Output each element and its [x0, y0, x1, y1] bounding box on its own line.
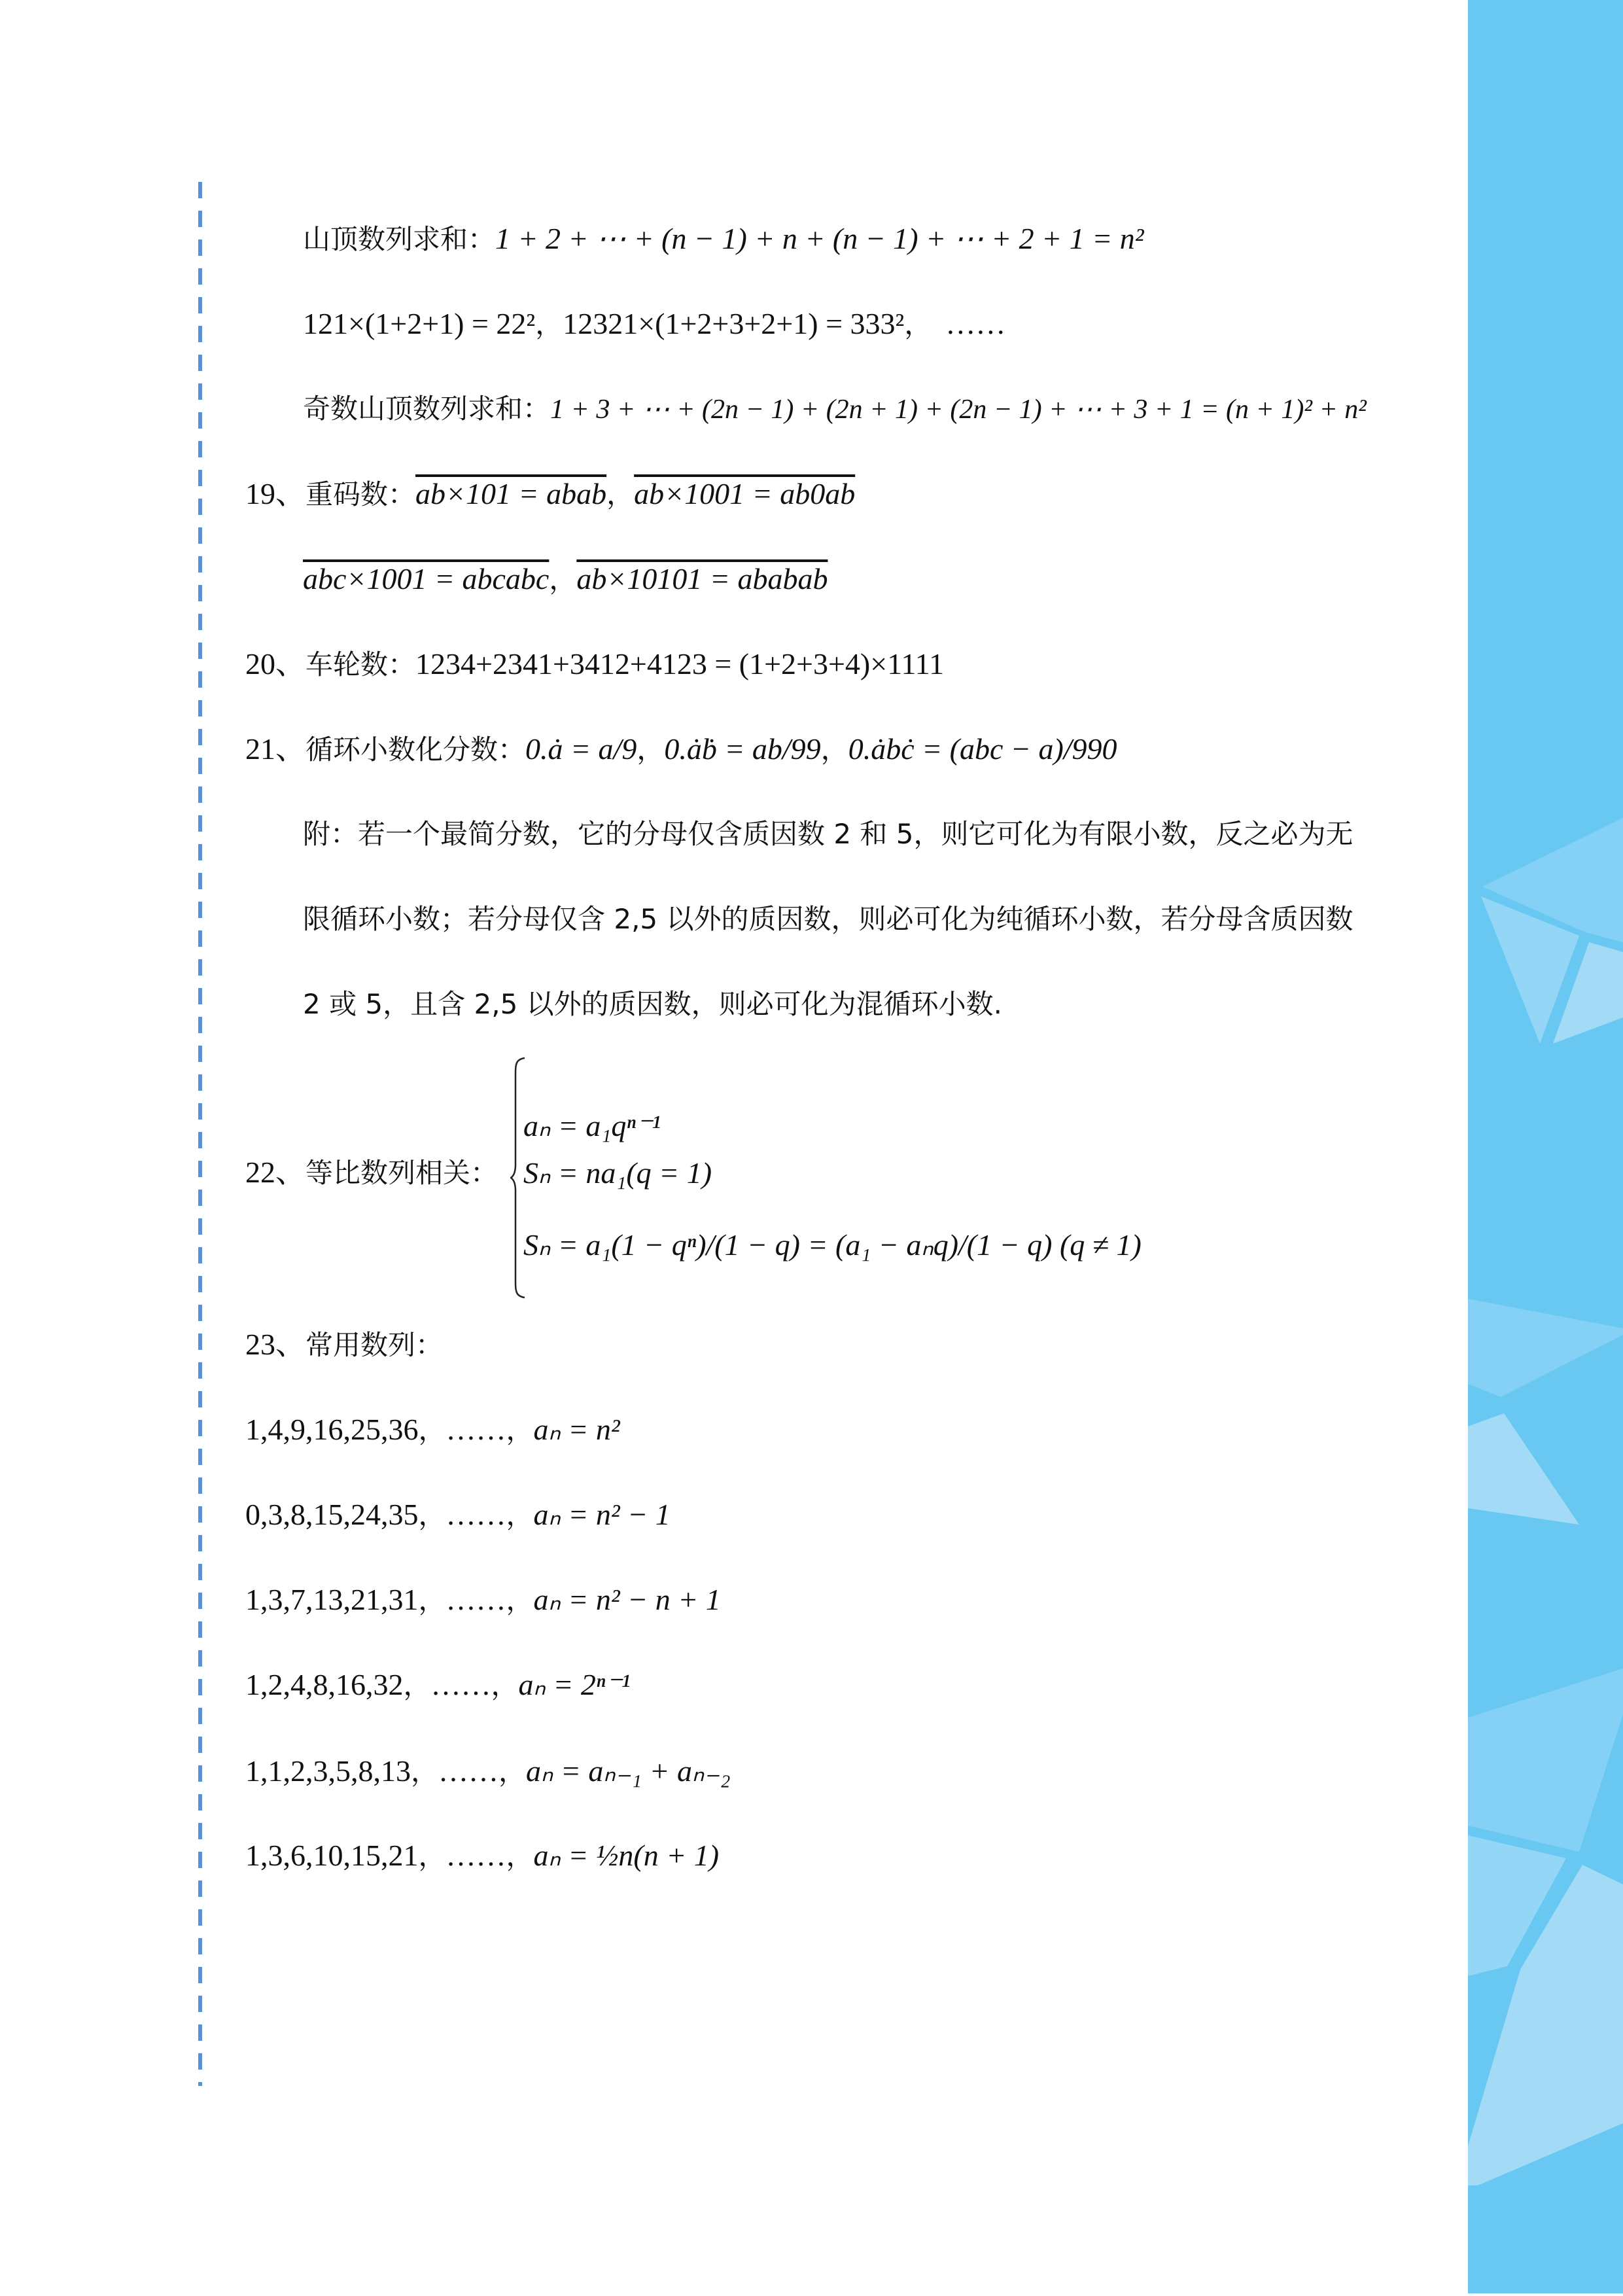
odd-mountain-sum-line: 奇数山顶数列求和：1 + 3 + ⋯ + (2n − 1) + (2n + 1)… — [303, 389, 1367, 429]
wheel-number-formula: 1234+2341+3412+4123 = (1+2+3+4)×1111 — [415, 647, 944, 680]
repeat-formula-2: ab×1001 = ab0ab — [634, 477, 855, 510]
item-20: 20、车轮数：1234+2341+3412+4123 = (1+2+3+4)×1… — [245, 645, 944, 684]
decimal-formula-2: 0.ȧḃ = ab/99 — [664, 732, 820, 766]
item-20-label: 车轮数： — [305, 648, 415, 680]
ellipsis: …… — [945, 307, 1005, 340]
sequence-row: 1,4,9,16,25,36，……，aₙ = n² — [245, 1410, 620, 1449]
sequence-formula: aₙ = 2ⁿ⁻¹ — [519, 1668, 631, 1701]
item-22-label: 等比数列相关： — [305, 1157, 498, 1189]
formula-sn-general: Sₙ = a₁(1 − qⁿ)/(1 − q) = (a₁ − aₙq)/(1 … — [523, 1227, 1142, 1262]
repeat-formula-1: ab×101 = abab — [415, 477, 606, 510]
sequence-formula: aₙ = n² — [534, 1413, 620, 1446]
item-19: 19、重码数：ab×101 = abab，ab×1001 = ab0ab — [245, 474, 855, 514]
item-23-label: 常用数列： — [305, 1329, 443, 1361]
sequence-row: 1,2,4,8,16,32，……，aₙ = 2ⁿ⁻¹ — [245, 1665, 630, 1704]
item-21: 21、循环小数化分数：0.ȧ = a/9，0.ȧḃ = ab/99，0.ȧbċ … — [245, 730, 1117, 769]
sequence-formula: aₙ = n² − n + 1 — [534, 1583, 721, 1616]
item-19-label: 重码数： — [305, 478, 415, 510]
odd-mountain-formula: 1 + 3 + ⋯ + (2n − 1) + (2n + 1) + (2n − … — [550, 395, 1367, 425]
mountain-sum-formula: 1 + 2 + ⋯ + (n − 1) + n + (n − 1) + ⋯ + … — [495, 222, 1144, 255]
mountain-example-1: 121×(1+2+1) = 22² — [303, 307, 535, 340]
sequence-row: 1,3,6,10,15,21，……，aₙ = ½n(n + 1) — [245, 1836, 719, 1875]
item-23: 23、常用数列： — [245, 1325, 443, 1364]
decimal-formula-1: 0.ȧ = a/9 — [525, 732, 637, 766]
item-22: 22、等比数列相关： — [245, 1153, 498, 1192]
mountain-examples-line: 121×(1+2+1) = 22²，12321×(1+2+3+2+1) = 33… — [303, 304, 1005, 344]
note-line-2: 限循环小数；若分母仅含 2,5 以外的质因数，则必可化为纯循环小数，若分母含质因… — [303, 900, 1353, 939]
item-19-cont: abc×1001 = abcabc，ab×10101 = ababab — [303, 559, 828, 599]
mountain-example-2: 12321×(1+2+3+2+1) = 333² — [563, 307, 904, 340]
sequence-formula: aₙ = ½n(n + 1) — [534, 1839, 720, 1872]
repeat-formula-3: abc×1001 = abcabc — [303, 562, 549, 595]
geometric-pattern-icon — [1468, 0, 1623, 2293]
sequence-row: 0,3,8,15,24,35，……，aₙ = n² − 1 — [245, 1495, 671, 1534]
sequence-row: 1,1,2,3,5,8,13，……，aₙ = aₙ₋₁ + aₙ₋₂ — [245, 1752, 731, 1791]
mountain-sum-line: 山顶数列求和：1 + 2 + ⋯ + (n − 1) + n + (n − 1)… — [303, 219, 1144, 258]
dashed-margin-line — [198, 182, 202, 2086]
repeat-formula-4: ab×10101 = ababab — [576, 562, 828, 595]
decimal-formula-3: 0.ȧbċ = (abc − a)/990 — [848, 732, 1117, 766]
formula-an: aₙ = a₁qⁿ⁻¹ — [523, 1108, 661, 1143]
odd-mountain-label: 奇数山顶数列求和： — [303, 393, 550, 425]
formula-sn-q1: Sₙ = na₁(q = 1) — [523, 1155, 712, 1190]
sequence-formula: aₙ = n² − 1 — [534, 1498, 671, 1531]
item-21-label: 循环小数化分数： — [305, 733, 525, 766]
note-line-1: 附：若一个最简分数，它的分母仅含质因数 2 和 5，则它可化为有限小数，反之必为… — [303, 815, 1353, 854]
sequence-row: 1,3,7,13,21,31，……，aₙ = n² − n + 1 — [245, 1580, 721, 1619]
mountain-sum-label: 山顶数列求和： — [303, 223, 495, 255]
decorative-side-panel — [1468, 0, 1623, 2293]
sequence-formula: aₙ = aₙ₋₁ + aₙ₋₂ — [526, 1754, 731, 1788]
note-line-3: 2 或 5，且含 2,5 以外的质因数，则必可化为混循环小数. — [303, 985, 1002, 1024]
